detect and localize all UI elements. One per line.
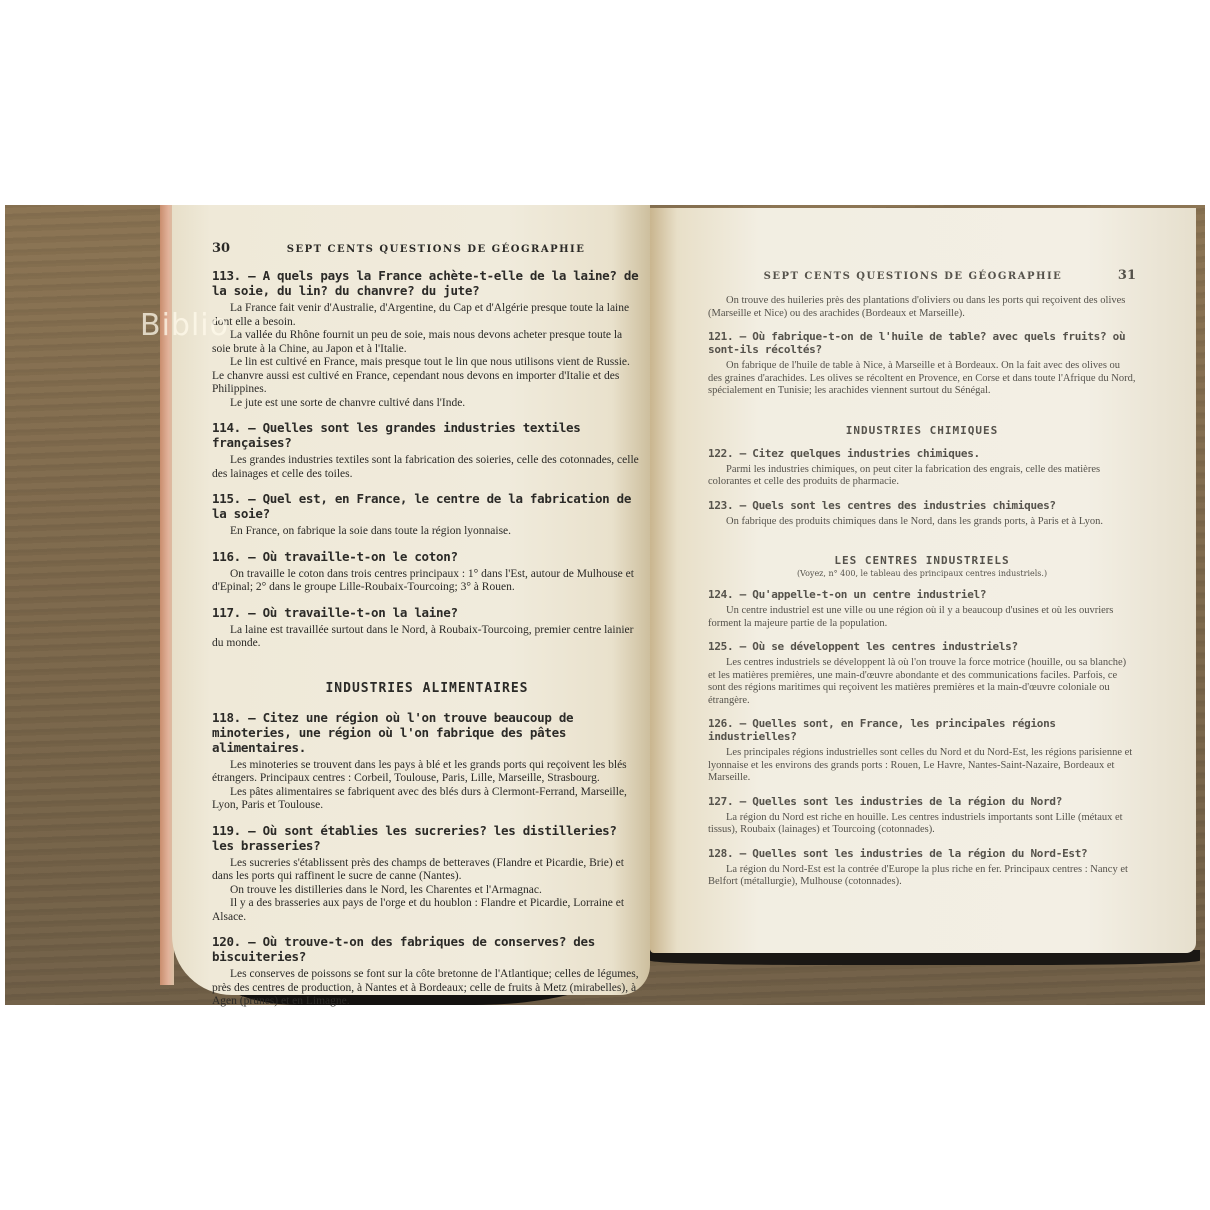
answer-paragraph: La région du Nord est riche en houille. … <box>708 812 1136 837</box>
question-heading: 128. — Quelles sont les industries de la… <box>708 847 1136 860</box>
answer-paragraph: Un centre industriel est une ville ou un… <box>708 605 1136 630</box>
answer-paragraph: On trouve des huileries près des plantat… <box>708 295 1136 320</box>
answer-paragraph: Les centres industriels se développent l… <box>708 657 1136 707</box>
question-heading: 113. — A quels pays la France achète-t-e… <box>212 268 642 298</box>
answer-paragraph: Les grandes industries textiles sont la … <box>212 454 642 481</box>
answer-paragraph: Parmi les industries chimiques, on peut … <box>708 464 1136 489</box>
watermark-text: Biblio <box>140 308 229 343</box>
answer-paragraph: Il y a des brasseries aux pays de l'orge… <box>212 897 642 924</box>
section-title: INDUSTRIES ALIMENTAIRES <box>212 681 642 696</box>
question-heading: 118. — Citez une région où l'on trouve b… <box>212 710 642 755</box>
question-heading: 119. — Où sont établies les sucreries? l… <box>212 823 642 853</box>
left-page-number: 30 <box>212 241 230 256</box>
answer-paragraph: On trouve les distilleries dans le Nord,… <box>212 884 642 898</box>
left-running-title: SEPT CENTS QUESTIONS DE GÉOGRAPHIE <box>230 244 642 255</box>
right-running-head: SEPT CENTS QUESTIONS DE GÉOGRAPHIE 31 <box>708 268 1136 283</box>
question-heading: 122. — Citez quelques industries chimiqu… <box>708 447 1136 460</box>
section-title: LES CENTRES INDUSTRIELS <box>708 554 1136 567</box>
question-heading: 123. — Quels sont les centres des indust… <box>708 499 1136 512</box>
answer-paragraph: Les minoteries se trouvent dans les pays… <box>212 759 642 786</box>
answer-paragraph: Le lin est cultivé en France, mais presq… <box>212 356 642 397</box>
question-heading: 120. — Où trouve-t-on des fabriques de c… <box>212 934 642 964</box>
left-running-head: 30 SEPT CENTS QUESTIONS DE GÉOGRAPHIE <box>212 241 642 256</box>
answer-paragraph: On fabrique de l'huile de table à Nice, … <box>708 360 1136 398</box>
answer-paragraph: Les conserves de poissons se font sur la… <box>212 968 642 1009</box>
answer-paragraph: Les sucreries s'établissent près des cha… <box>212 857 642 884</box>
answer-paragraph: La France fait venir d'Australie, d'Arge… <box>212 302 642 329</box>
question-heading: 125. — Où se développent les centres ind… <box>708 640 1136 653</box>
answer-paragraph: La région du Nord-Est est la contrée d'E… <box>708 864 1136 889</box>
answer-paragraph: Les principales régions industrielles so… <box>708 747 1136 785</box>
answer-paragraph: La vallée du Rhône fournit un peu de soi… <box>212 329 642 356</box>
answer-paragraph: On travaille le coton dans trois centres… <box>212 568 642 595</box>
right-running-title: SEPT CENTS QUESTIONS DE GÉOGRAPHIE <box>708 271 1118 282</box>
right-page-content: On trouve des huileries près des plantat… <box>708 295 1136 889</box>
right-page-number: 31 <box>1118 268 1136 283</box>
right-page: SEPT CENTS QUESTIONS DE GÉOGRAPHIE 31 On… <box>650 208 1196 953</box>
answer-paragraph: Les pâtes alimentaires se fabriquent ave… <box>212 786 642 813</box>
question-heading: 126. — Quelles sont, en France, les prin… <box>708 717 1136 743</box>
left-page: 30 SEPT CENTS QUESTIONS DE GÉOGRAPHIE 11… <box>172 205 650 995</box>
section-title: INDUSTRIES CHIMIQUES <box>708 424 1136 437</box>
question-heading: 115. — Quel est, en France, le centre de… <box>212 491 642 521</box>
question-heading: 117. — Où travaille-t-on la laine? <box>212 605 642 620</box>
answer-paragraph: Le jute est une sorte de chanvre cultivé… <box>212 397 642 411</box>
section-note: (Voyez, n° 400, le tableau des principau… <box>708 569 1136 578</box>
question-heading: 124. — Qu'appelle-t-on un centre industr… <box>708 588 1136 601</box>
question-heading: 114. — Quelles sont les grandes industri… <box>212 420 642 450</box>
question-heading: 116. — Où travaille-t-on le coton? <box>212 549 642 564</box>
answer-paragraph: En France, on fabrique la soie dans tout… <box>212 525 642 539</box>
question-heading: 121. — Où fabrique-t-on de l'huile de ta… <box>708 330 1136 356</box>
answer-paragraph: La laine est travaillée surtout dans le … <box>212 624 642 651</box>
question-heading: 127. — Quelles sont les industries de la… <box>708 795 1136 808</box>
answer-paragraph: On fabrique des produits chimiques dans … <box>708 516 1136 529</box>
left-page-content: 113. — A quels pays la France achète-t-e… <box>212 268 642 1009</box>
